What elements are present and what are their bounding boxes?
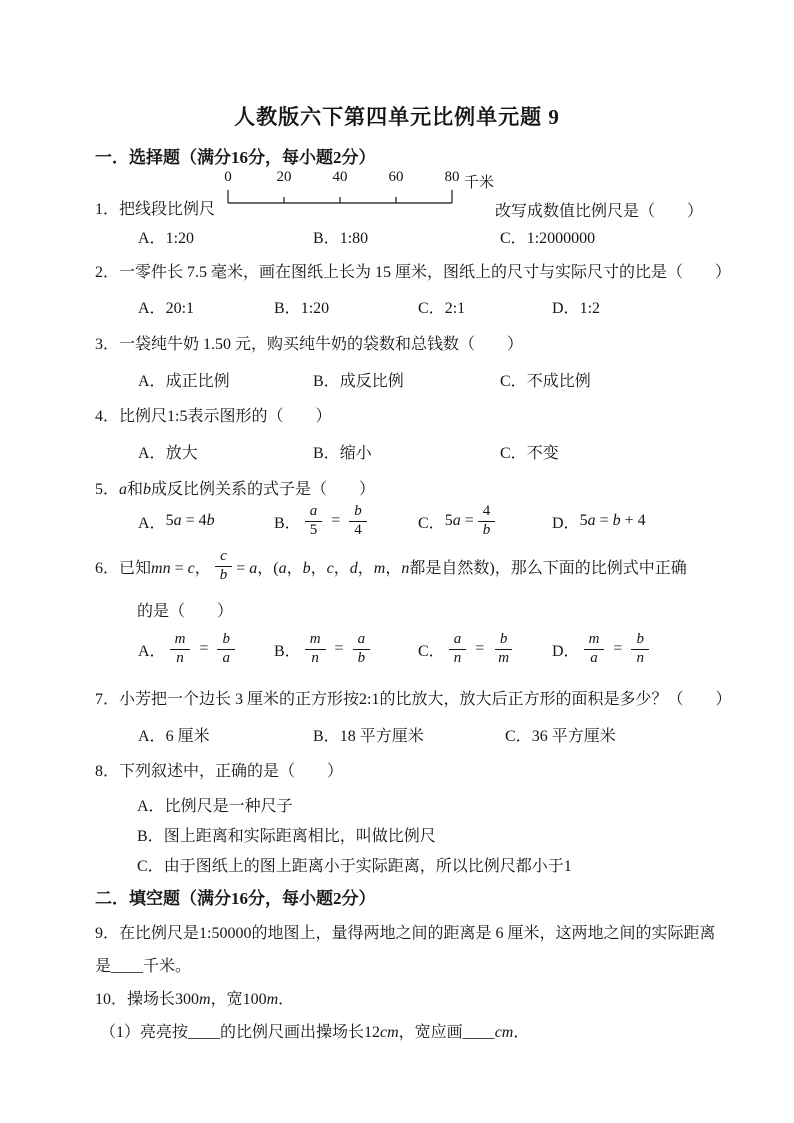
option-label: C． xyxy=(500,230,527,247)
option-text: 36 平方厘米 xyxy=(532,728,616,745)
fraction: 4b xyxy=(478,503,496,539)
question-3-option-a: A．成正比例 xyxy=(138,368,230,391)
question-1-option-b: B．1:80 xyxy=(313,225,368,248)
question-7-text: 7．小芳把一个边长 3 厘米的正方形按2:1的比放大，放大后正方形的面积是多少？… xyxy=(95,686,731,709)
option-label: A． xyxy=(138,638,166,661)
option-label: B． xyxy=(313,728,340,745)
question-4-option-b: B．缩小 xyxy=(313,440,372,463)
question-1-option-c: C．1:2000000 xyxy=(500,225,595,248)
question-6-option-c: C． an = bm xyxy=(418,625,518,673)
question-5-option-c: C． 5a = 4b xyxy=(418,497,499,545)
linear-scale-ruler: 0 20 40 60 80 千米 xyxy=(226,171,526,205)
option-label: A． xyxy=(138,230,166,247)
question-9-text-line-1: 9．在比例尺是1:50000的地图上，量得两地之间的距离是 6 厘米，这两地之间… xyxy=(95,920,715,943)
option-label: B． xyxy=(313,445,340,462)
question-4-text: 4．比例尺1:5表示图形的（ ） xyxy=(95,403,331,426)
question-1-option-a: A．1:20 xyxy=(138,225,194,248)
option-text: 2:1 xyxy=(445,300,465,317)
option-label: A． xyxy=(138,510,166,533)
question-2-option-a: A．20:1 xyxy=(138,295,194,318)
option-text: 20:1 xyxy=(166,300,194,317)
question-8-option-c: C．由于图纸上的图上距离小于实际距离，所以比例尺都小于1 xyxy=(137,853,572,876)
option-text: 放大 xyxy=(166,445,198,462)
option-text: 由于图纸上的图上距离小于实际距离，所以比例尺都小于1 xyxy=(164,858,572,875)
question-5-option-a: A．5a = 4b xyxy=(138,497,215,545)
question-2-text: 2．一零件长 7.5 毫米，画在图纸上长为 15 厘米，图纸上的尺寸与实际尺寸的… xyxy=(95,259,731,282)
fraction: bn xyxy=(631,631,649,667)
fraction: ba xyxy=(217,631,235,667)
question-7-option-c: C．36 平方厘米 xyxy=(505,723,616,746)
option-math-prefix: 5a = xyxy=(445,512,474,530)
equals-sign: = xyxy=(335,640,344,658)
fraction: ab xyxy=(353,631,371,667)
option-label: D． xyxy=(552,300,580,317)
question-10-sub-1: （1）亮亮按____的比例尺画出操场长12cm，宽应画____cm． xyxy=(100,1019,529,1042)
equals-sign: = xyxy=(199,640,208,658)
option-label: B． xyxy=(313,373,340,390)
fraction: mn xyxy=(305,631,326,667)
option-label: B． xyxy=(274,510,301,533)
option-text: 比例尺是一种尺子 xyxy=(165,798,293,815)
question-7-option-b: B．18 平方厘米 xyxy=(313,723,424,746)
option-label: C． xyxy=(418,638,445,661)
option-text: 5a = 4b xyxy=(166,512,215,530)
option-label: C． xyxy=(418,300,445,317)
page-title: 人教版六下第四单元比例单元题 9 xyxy=(0,101,794,131)
option-text: 缩小 xyxy=(340,445,372,462)
equals-sign: = xyxy=(475,640,484,658)
question-3-text: 3．一袋纯牛奶 1.50 元，购买纯牛奶的袋数和总钱数（ ） xyxy=(95,331,523,354)
question-4-option-c: C．不变 xyxy=(500,440,559,463)
question-6-option-a: A． mn = ba xyxy=(138,625,239,673)
fraction: ma xyxy=(584,631,605,667)
question-3-option-c: C．不成比例 xyxy=(500,368,591,391)
question-6-text-line-2: 的是（ ） xyxy=(137,598,233,621)
fraction: an xyxy=(449,631,467,667)
fraction: bm xyxy=(493,631,514,667)
option-text: 1:80 xyxy=(340,230,368,247)
fraction: a5 xyxy=(305,503,323,539)
option-label: C． xyxy=(500,445,527,462)
option-label: B． xyxy=(313,230,340,247)
question-6-prefix: 6．已知mn = c， xyxy=(95,555,211,578)
question-4-option-a: A．放大 xyxy=(138,440,198,463)
option-text: 成反比例 xyxy=(340,373,404,390)
option-text: 图上距离和实际距离相比，叫做比例尺 xyxy=(164,828,436,845)
option-label: A． xyxy=(137,798,165,815)
option-label: B． xyxy=(274,300,301,317)
option-label: B． xyxy=(137,828,164,845)
option-label: A． xyxy=(138,300,166,317)
question-5-option-b: B． a5 = b4 xyxy=(274,497,371,545)
option-label: C． xyxy=(418,510,445,533)
question-2-option-d: D．1:2 xyxy=(552,295,600,318)
fraction: b4 xyxy=(349,503,367,539)
option-label: C． xyxy=(500,373,527,390)
question-1-suffix: 改写成数值比例尺是（ ） xyxy=(495,198,703,221)
equals-sign: = xyxy=(331,512,340,530)
question-6-suffix: = a，(a，b，c，d，m，n都是自然数)，那么下面的比例式中正确 xyxy=(236,555,686,578)
question-5-text: 5．a和b成反比例关系的式子是（ ） xyxy=(95,476,375,499)
question-2-option-b: B．1:20 xyxy=(274,295,329,318)
fraction: mn xyxy=(170,631,191,667)
question-9-text-line-2: 是____千米。 xyxy=(95,953,191,976)
question-6-option-d: D． ma = bn xyxy=(552,625,653,673)
question-3-option-b: B．成反比例 xyxy=(313,368,404,391)
question-2-option-c: C．2:1 xyxy=(418,295,465,318)
equals-sign: = xyxy=(613,640,622,658)
ruler-line-graphic xyxy=(226,171,456,205)
option-text: 1:2 xyxy=(580,300,600,317)
option-text: 6 厘米 xyxy=(166,728,210,745)
option-text: 1:20 xyxy=(301,300,329,317)
question-7-option-a: A．6 厘米 xyxy=(138,723,210,746)
fraction: cb xyxy=(215,548,233,584)
question-1-prefix: 1．把线段比例尺 xyxy=(95,196,215,219)
option-label: D． xyxy=(552,510,580,533)
option-text: 18 平方厘米 xyxy=(340,728,424,745)
question-6-text-line-1: 6．已知mn = c， cb = a，(a，b，c，d，m，n都是自然数)，那么… xyxy=(95,543,687,589)
question-8-option-b: B．图上距离和实际距离相比，叫做比例尺 xyxy=(137,823,436,846)
option-label: D． xyxy=(552,638,580,661)
question-5-option-d: D．5a = b + 4 xyxy=(552,497,646,545)
option-label: A． xyxy=(138,728,166,745)
option-text: 1:20 xyxy=(166,230,194,247)
ruler-unit-label: 千米 xyxy=(464,171,494,192)
question-8-text: 8．下列叙述中，正确的是（ ） xyxy=(95,758,343,781)
option-text: 5a = b + 4 xyxy=(580,512,646,530)
option-label: A． xyxy=(138,445,166,462)
section-1-heading: 一．选择题（满分16分，每小题2分） xyxy=(95,143,376,168)
section-2-heading: 二．填空题（满分16分，每小题2分） xyxy=(95,884,376,909)
question-6-option-b: B． mn = ab xyxy=(274,625,374,673)
option-text: 不成比例 xyxy=(527,373,591,390)
option-label: C． xyxy=(137,858,164,875)
question-8-option-a: A．比例尺是一种尺子 xyxy=(137,793,293,816)
option-label: A． xyxy=(138,373,166,390)
option-text: 不变 xyxy=(527,445,559,462)
worksheet-page: 人教版六下第四单元比例单元题 9 一．选择题（满分16分，每小题2分） 1．把线… xyxy=(0,0,794,1123)
option-text: 成正比例 xyxy=(166,373,230,390)
question-10-text: 10．操场长300m，宽100m． xyxy=(95,986,294,1009)
option-text: 1:2000000 xyxy=(527,230,595,247)
option-label: B． xyxy=(274,638,301,661)
option-label: C． xyxy=(505,728,532,745)
